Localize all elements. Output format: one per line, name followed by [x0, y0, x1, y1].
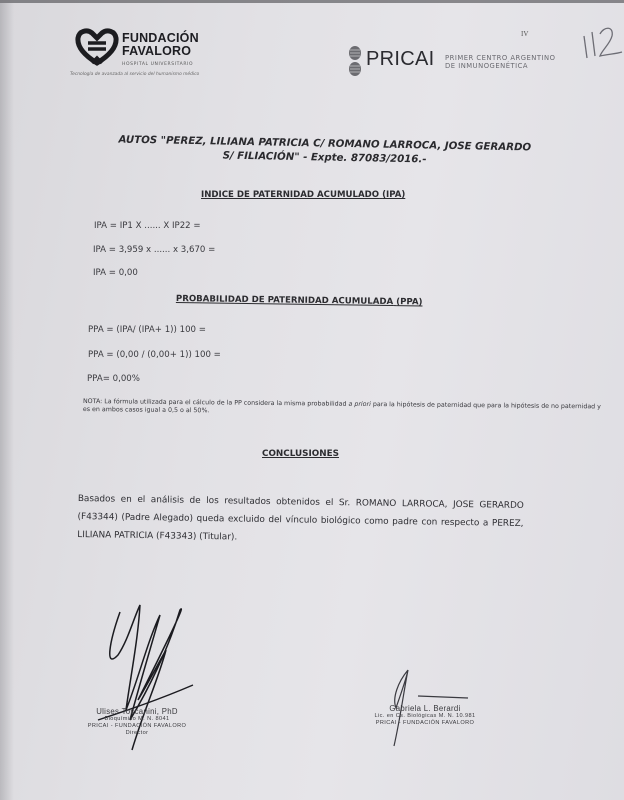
ppa-section-title: PROBABILIDAD DE PATERNIDAD ACUMULADA (PP…	[176, 294, 423, 307]
ppa-line-1: PPA = (IPA/ (IPA+ 1)) 100 =	[88, 325, 206, 335]
ipa-line-2: IPA = 3,959 x ...... x 3,670 =	[93, 245, 215, 255]
pricai-subtitle: PRIMER CENTRO ARGENTINO DE INMUNOGENÉTIC…	[445, 54, 556, 70]
ppa-line-2: PPA = (0,00 / (0,00+ 1)) 100 =	[88, 350, 221, 360]
ppa-title-suffix: (PPA)	[396, 297, 422, 307]
note-italic: a priori	[348, 401, 370, 408]
signature-2-institution: PRICAI - FUNDACIÓN FAVALORO	[360, 720, 490, 727]
logo-subtitle: HOSPITAL UNIVERSITARIO	[122, 62, 193, 67]
pricai-dna-logo-icon	[348, 45, 362, 77]
signature-1-role: Director	[72, 730, 202, 737]
page-left-shadow	[0, 0, 14, 800]
conclusions-body: Basados en el análisis de los resultados…	[77, 490, 524, 551]
signature-2-block: Gabriela L. Berardi Lic. en Cs. Biológic…	[360, 704, 490, 727]
signature-1-name: Ulises Toscanini, PhD	[72, 707, 202, 716]
ipa-title-suffix: (IPA)	[382, 190, 405, 200]
pricai-subtitle-line2: DE INMUNOGENÉTICA	[445, 62, 556, 70]
pricai-name: PRICAI	[366, 48, 434, 71]
handwritten-page-number	[578, 18, 624, 68]
ipa-line-3: IPA = 0,00	[93, 268, 138, 278]
ppa-line-3: PPA= 0,00%	[87, 374, 140, 384]
ipa-line-1: IPA = IP1 X ...... X IP22 =	[94, 221, 201, 231]
logo-tagline: Tecnología de avanzada al servicio del h…	[70, 72, 199, 77]
signature-1-title: Bioquímico M. N. 8041	[72, 716, 202, 723]
ipa-title-text: INDICE DE PATERNIDAD ACUMULADO	[201, 190, 379, 200]
fundacion-favaloro-name: FUNDACIÓN FAVALORO	[122, 32, 199, 58]
fundacion-favaloro-heart-logo-icon	[74, 27, 120, 67]
signature-1-block: Ulises Toscanini, PhD Bioquímico M. N. 8…	[72, 707, 202, 737]
ppa-title-text: PROBABILIDAD DE PATERNIDAD ACUMULADA	[176, 294, 393, 307]
page-roman-numeral: IV	[521, 30, 528, 38]
signature-2-title: Lic. en Cs. Biológicas M. N. 10.981	[360, 713, 490, 720]
logo-name-line2: FAVALORO	[122, 45, 199, 58]
pricai-subtitle-line1: PRIMER CENTRO ARGENTINO	[445, 54, 556, 62]
signature-2-name: Gabriela L. Berardi	[360, 704, 490, 713]
page-top-edge	[0, 0, 624, 3]
case-title: AUTOS "PEREZ, LILIANA PATRICIA C/ ROMANO…	[89, 133, 559, 170]
methodology-note: NOTA: La fórmula utilizada para el cálcu…	[83, 398, 603, 419]
conclusions-title: CONCLUSIONES	[262, 449, 339, 459]
ipa-section-title: INDICE DE PATERNIDAD ACUMULADO (IPA)	[201, 190, 405, 200]
signature-1-institution: PRICAI - FUNDACIÓN FAVALORO	[72, 723, 202, 730]
